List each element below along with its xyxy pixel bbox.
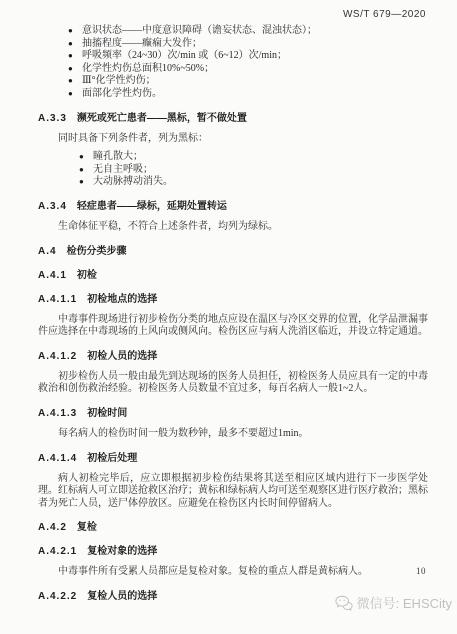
bullet-icon: ● <box>68 63 82 76</box>
section-number: A.4.1.2 <box>38 351 77 362</box>
section-heading: A.4.1初检 <box>38 269 428 282</box>
section-heading: A.4.1.2初检人员的选择 <box>38 350 428 363</box>
document-body: ●意识状态——中度意识障碍（谵妄状态、混浊状态）；●抽搐程度——癫痫大发作；●呼… <box>38 25 428 611</box>
section-heading: A.4.1.4初检后处理 <box>38 452 428 465</box>
list-item-text: 意识状态——中度意识障碍（谵妄状态、混浊状态）； <box>82 25 317 38</box>
list-item-text: 瞳孔散大； <box>93 151 143 164</box>
bullet-icon: ● <box>68 38 82 51</box>
section-number: A.4 <box>38 246 57 257</box>
section-number: A.4.2.1 <box>38 546 77 557</box>
section-title: 复检对象的选择 <box>87 546 157 557</box>
section-number: A.4.2 <box>38 522 67 533</box>
list-item: ●Ⅲ°化学性灼伤； <box>38 75 428 88</box>
bullet-icon: ● <box>68 50 82 63</box>
section-number: A.4.2.2 <box>38 591 77 602</box>
paragraph: 中毒事件所有受累人员都应是复检对象。复检的重点人群是黄标病人。 <box>38 566 428 579</box>
page-header-standard-code: WS/T 679—2020 <box>343 9 426 20</box>
section-title: 初检 <box>77 270 97 281</box>
paragraph: 中毒事件现场进行初步检伤分类的地点应设在温区与冷区交界的位置，化学品泄漏事件应选… <box>38 314 428 339</box>
section-title: 濒死或死亡患者——黑标，暂不做处置 <box>77 113 247 124</box>
paragraph: 初步检伤人员一般由最先到达现场的医务人员担任，初检医务人员应具有一定的中毒救治和… <box>38 371 428 396</box>
section-title: 初检地点的选择 <box>87 294 157 305</box>
list-item: ●意识状态——中度意识障碍（谵妄状态、混浊状态）； <box>38 25 428 38</box>
paragraph: 每名病人的检伤时间一般为数秒钟，最多不要超过1min。 <box>38 428 428 441</box>
section-title: 复检 <box>77 522 97 533</box>
section-number: A.4.1.1 <box>38 294 77 305</box>
list-item: ●面部化学性灼伤。 <box>38 88 428 101</box>
section-title: 初检时间 <box>87 408 127 419</box>
bullet-icon: ● <box>68 25 82 38</box>
section-number: A.3.3 <box>38 113 67 124</box>
section-title: 轻症患者——绿标，延期处置转运 <box>77 201 227 212</box>
list-item: ●化学性灼伤总面积10%~50%； <box>38 63 428 76</box>
bullet-icon: ● <box>79 164 93 177</box>
page-number: 10 <box>416 566 426 576</box>
section-heading: A.3.4轻症患者——绿标，延期处置转运 <box>38 200 428 213</box>
list-item: ●抽搐程度——癫痫大发作； <box>38 38 428 51</box>
bullet-list: ●瞳孔散大；●无自主呼吸；●大动脉搏动消失。 <box>38 151 428 189</box>
paragraph: 病人初检完毕后，应立即根据初步检伤结果将其送至相应区域内进行下一步医学处理。红标… <box>38 473 428 511</box>
list-item: ●大动脉搏动消失。 <box>38 176 428 189</box>
wechat-icon <box>335 595 353 611</box>
list-item-text: 面部化学性灼伤。 <box>82 88 162 101</box>
section-heading: A.4.2复检 <box>38 521 428 534</box>
list-item: ●瞳孔散大； <box>38 151 428 164</box>
section-title: 初检后处理 <box>87 453 137 464</box>
list-item: ●无自主呼吸； <box>38 164 428 177</box>
section-heading: A.3.3濒死或死亡患者——黑标，暂不做处置 <box>38 112 428 125</box>
paragraph: 同时具备下列条件者，列为黑标： <box>38 133 428 146</box>
section-title: 初检人员的选择 <box>87 351 157 362</box>
section-title: 复检人员的选择 <box>87 591 157 602</box>
bullet-icon: ● <box>68 88 82 101</box>
section-number: A.4.1 <box>38 270 67 281</box>
list-item-text: Ⅲ°化学性灼伤； <box>82 75 156 88</box>
section-heading: A.4检伤分类步骤 <box>38 245 428 258</box>
section-number: A.4.1.3 <box>38 408 77 419</box>
list-item: ●呼吸频率（24~30）次/min 或（6~12）次/min； <box>38 50 428 63</box>
paragraph: 生命体征平稳，不符合上述条件者，均列为绿标。 <box>38 221 428 234</box>
watermark: 微信号: EHSCity <box>335 593 452 612</box>
bullet-icon: ● <box>68 75 82 88</box>
bullet-icon: ● <box>79 176 93 189</box>
bullet-list: ●意识状态——中度意识障碍（谵妄状态、混浊状态）；●抽搐程度——癫痫大发作；●呼… <box>38 25 428 101</box>
list-item-text: 呼吸频率（24~30）次/min 或（6~12）次/min； <box>82 50 287 63</box>
watermark-text: 微信号: EHSCity <box>357 593 452 612</box>
section-number: A.3.4 <box>38 201 67 212</box>
list-item-text: 化学性灼伤总面积10%~50%； <box>82 63 214 76</box>
bullet-icon: ● <box>79 151 93 164</box>
list-item-text: 大动脉搏动消失。 <box>93 176 173 189</box>
section-number: A.4.1.4 <box>38 453 77 464</box>
list-item-text: 抽搐程度——癫痫大发作； <box>82 38 202 51</box>
list-item-text: 无自主呼吸； <box>93 164 153 177</box>
section-heading: A.4.1.3初检时间 <box>38 407 428 420</box>
section-heading: A.4.1.1初检地点的选择 <box>38 293 428 306</box>
section-heading: A.4.2.1复检对象的选择 <box>38 545 428 558</box>
section-title: 检伤分类步骤 <box>67 246 127 257</box>
